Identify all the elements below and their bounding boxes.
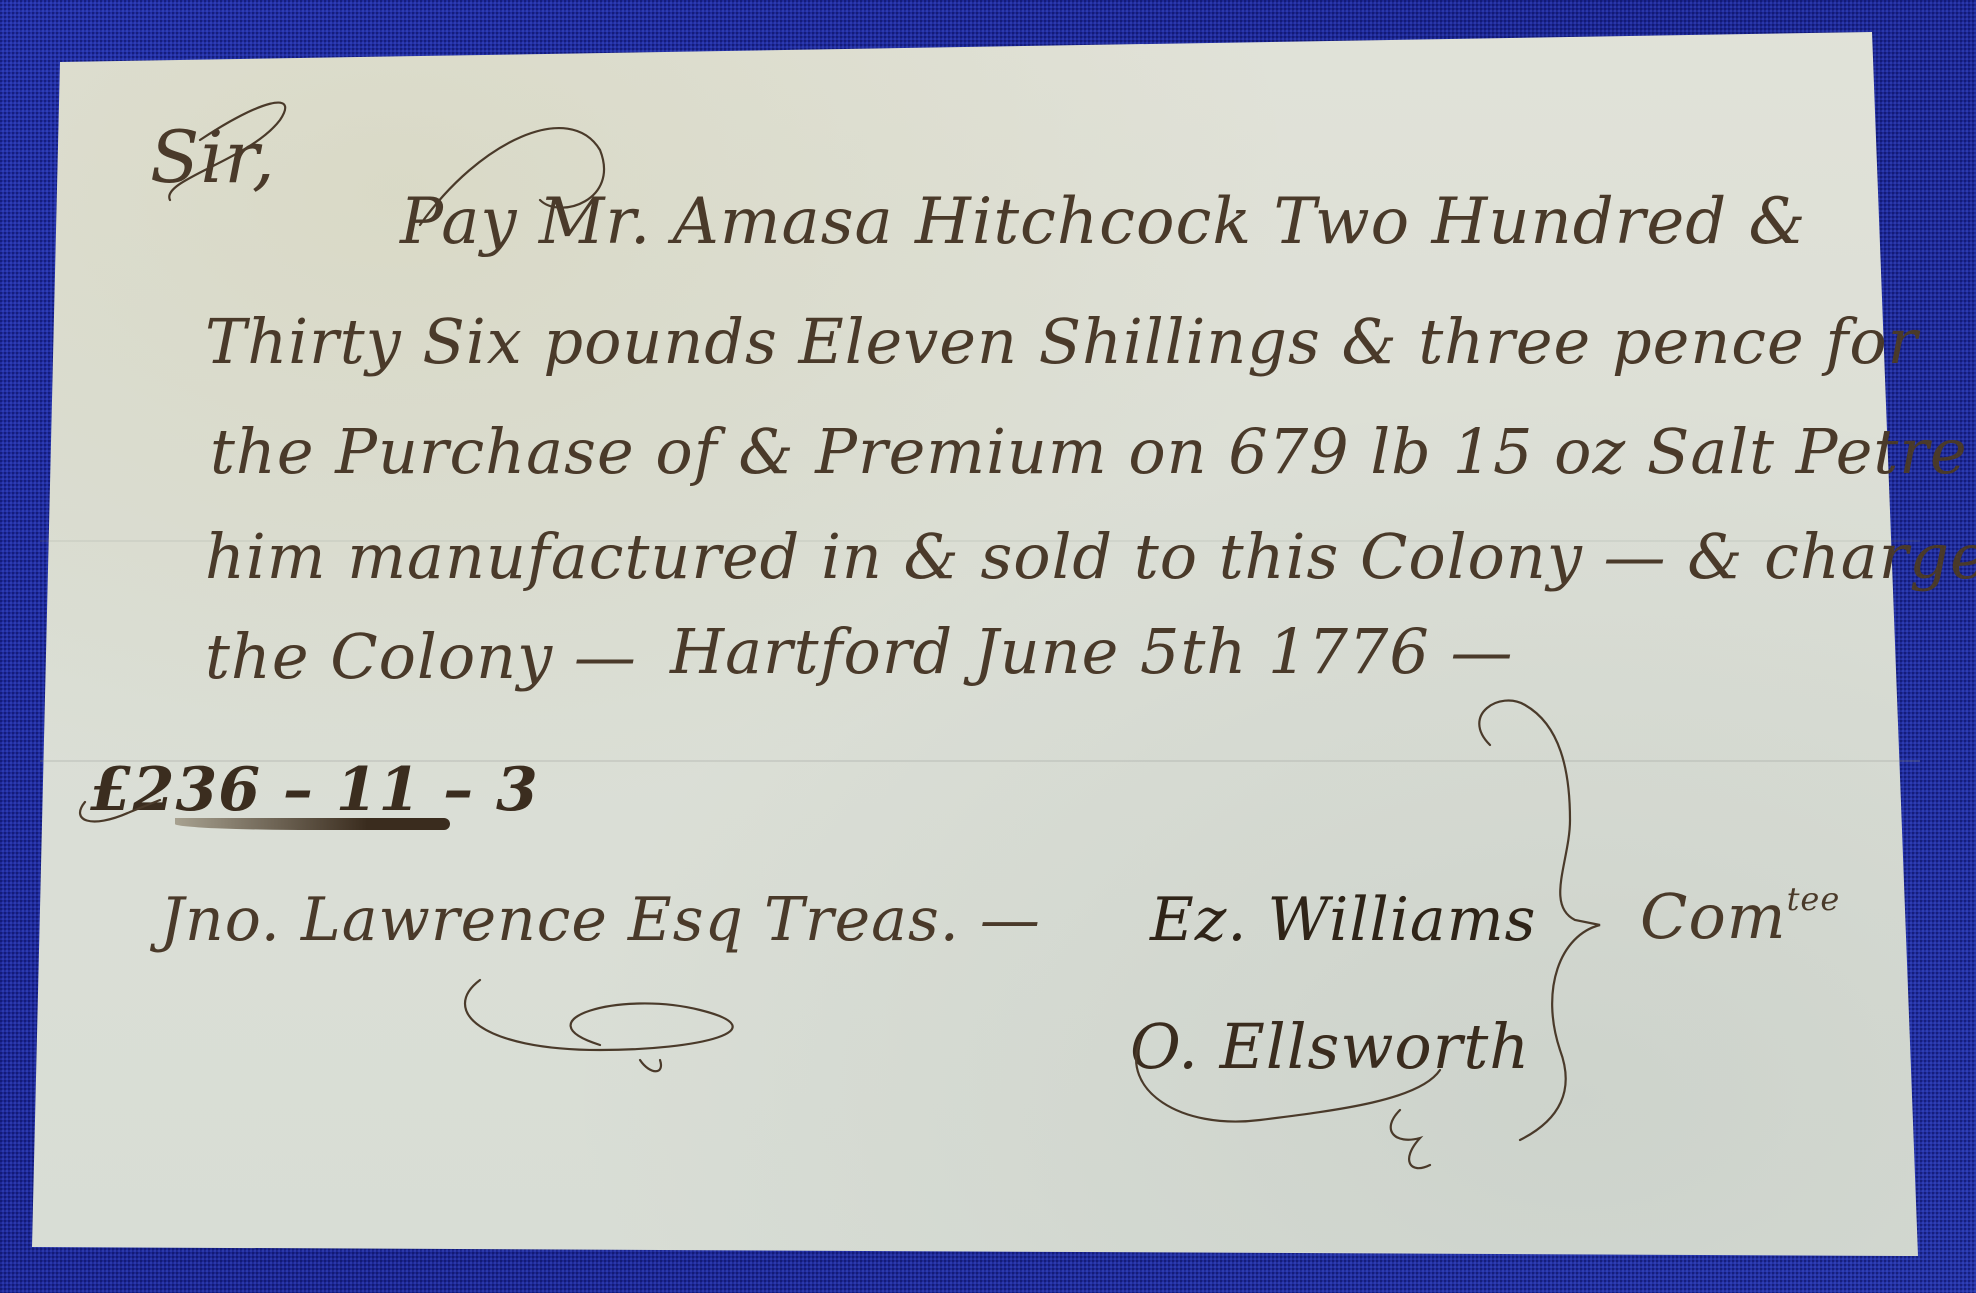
body-line-4: him manufactured in & sold to this Colon…: [205, 520, 1976, 593]
amount-underline-stroke: [175, 818, 450, 830]
body-line-3: the Purchase of & Premium on 679 lb 15 o…: [210, 415, 1976, 488]
committee-label: Comtee: [1640, 880, 1840, 953]
body-line-5: the Colony —: [205, 620, 637, 693]
place-and-date: Hartford June 5th 1776 —: [670, 615, 1514, 688]
salutation: Sir,: [150, 115, 276, 199]
signature-williams: Ez. Williams: [1150, 885, 1536, 955]
signature-ellsworth: O. Ellsworth: [1130, 1010, 1530, 1083]
addressee-treasurer: Jno. Lawrence Esq Treas. —: [160, 885, 1041, 955]
committee-superscript: tee: [1787, 880, 1841, 918]
committee-text: Com: [1640, 880, 1787, 953]
body-line-1: Pay Mr. Amasa Hitchcock Two Hundred &: [400, 185, 1806, 259]
amount-total: £236 – 11 – 3: [90, 755, 539, 825]
body-line-2: Thirty Six pounds Eleven Shillings & thr…: [205, 305, 1918, 378]
